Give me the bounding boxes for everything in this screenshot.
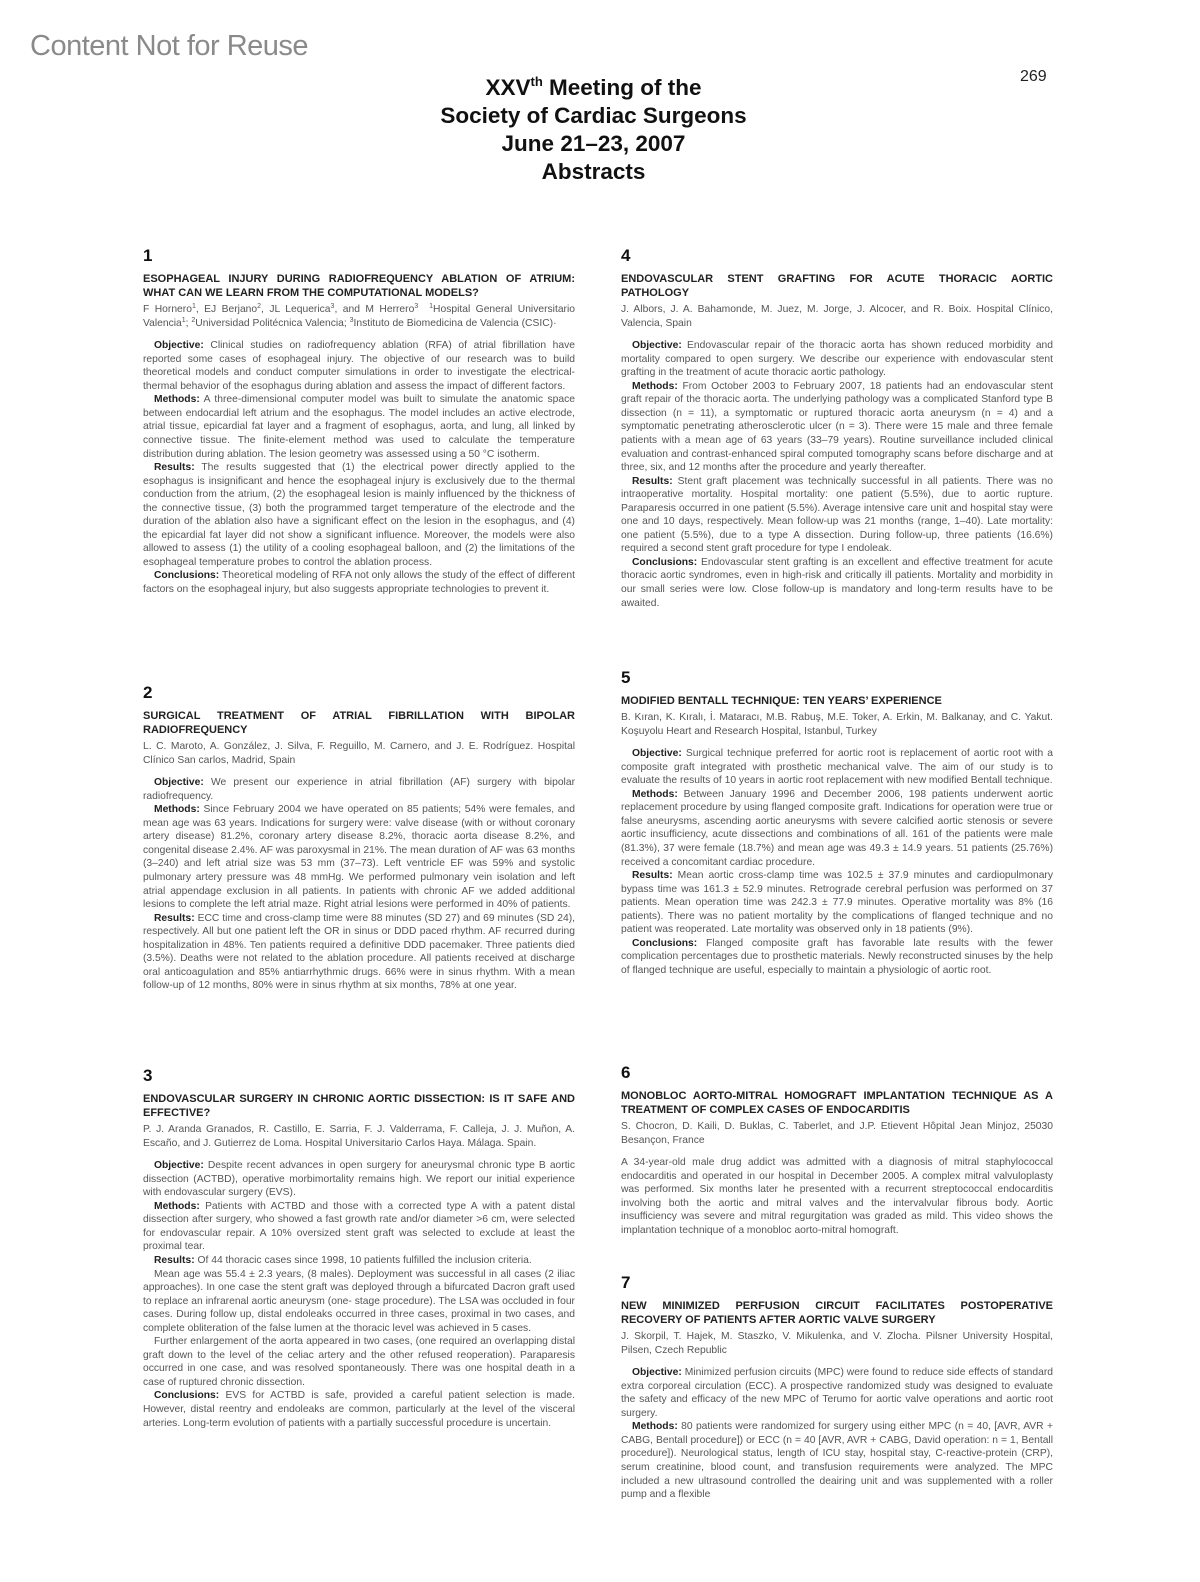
methods-paragraph: Methods: From October 2003 to February 2… — [621, 380, 1053, 475]
section-label: Methods: — [632, 381, 678, 392]
ordinal-suffix: th — [531, 74, 543, 89]
abstract-title: SURGICAL TREATMENT OF ATRIAL FIBRILLATIO… — [143, 709, 575, 737]
section-text: ECC time and cross-clamp time were 88 mi… — [143, 913, 575, 992]
abstract-number: 4 — [621, 246, 1053, 266]
meeting-dates: June 21–23, 2007 — [0, 130, 1187, 158]
section-label: Methods: — [154, 394, 200, 405]
methods-paragraph: Methods: Since February 2004 we have ope… — [143, 803, 575, 911]
section-text: Minimized perfusion circuits (MPC) were … — [621, 1367, 1053, 1419]
section-text: A 34-year-old male drug addict was admit… — [621, 1157, 1053, 1236]
abstract-6: 6 MONOBLOC AORTO-MITRAL HOMOGRAFT IMPLAN… — [621, 1063, 1053, 1237]
section-label: Objective: — [154, 777, 204, 788]
objective-paragraph: Objective: Surgical technique preferred … — [621, 747, 1053, 788]
abstract-title: ENDOVASCULAR SURGERY IN CHRONIC AORTIC D… — [143, 1092, 575, 1120]
section-label: Objective: — [632, 1367, 682, 1378]
objective-paragraph: Objective: We present our experience in … — [143, 776, 575, 803]
abstract-authors: J. Skorpil, T. Hajek, M. Staszko, V. Mik… — [621, 1330, 1053, 1357]
section-text: From October 2003 to February 2007, 18 p… — [621, 381, 1053, 473]
abstract-authors: J. Albors, J. A. Bahamonde, M. Juez, M. … — [621, 303, 1053, 330]
abstract-5: 5 MODIFIED BENTALL TECHNIQUE: TEN YEARS’… — [621, 668, 1053, 977]
section-text: Patients with ACTBD and those with a cor… — [143, 1201, 575, 1253]
abstract-number: 1 — [143, 246, 575, 266]
section-label: Objective: — [154, 340, 204, 351]
results-paragraph: Results: ECC time and cross-clamp time w… — [143, 912, 575, 993]
abstract-2: 2 SURGICAL TREATMENT OF ATRIAL FIBRILLAT… — [143, 683, 575, 993]
watermark: Content Not for Reuse — [30, 30, 308, 63]
section-text: Mean age was 55.4 ± 2.3 years, (8 males)… — [143, 1269, 575, 1334]
abstract-title: MONOBLOC AORTO-MITRAL HOMOGRAFT IMPLANTA… — [621, 1089, 1053, 1117]
masthead: XXVth Meeting of the Society of Cardiac … — [0, 74, 1187, 186]
section-text: Despite recent advances in open surgery … — [143, 1160, 575, 1198]
abstract-authors: P. J. Aranda Granados, R. Castillo, E. S… — [143, 1123, 575, 1150]
objective-paragraph: Objective: Endovascular repair of the th… — [621, 339, 1053, 380]
results-continued-paragraph: Further enlargement of the aorta appeare… — [143, 1335, 575, 1389]
results-paragraph: Results: The results suggested that (1) … — [143, 461, 575, 569]
section-label: Results: — [154, 1255, 195, 1266]
abstract-number: 5 — [621, 668, 1053, 688]
section-label: Methods: — [154, 804, 200, 815]
section-text: 80 patients were randomized for surgery … — [621, 1421, 1053, 1500]
meeting-title: XXVth Meeting of the — [0, 74, 1187, 102]
abstract-authors: S. Chocron, D. Kaili, D. Buklas, C. Tabe… — [621, 1120, 1053, 1147]
abstract-number: 7 — [621, 1273, 1053, 1293]
conclusions-paragraph: Conclusions: EVS for ACTBD is safe, prov… — [143, 1389, 575, 1430]
section-label: Objective: — [632, 340, 682, 351]
abstract-title: ESOPHAGEAL INJURY DURING RADIOFREQUENCY … — [143, 272, 575, 300]
section-label: Methods: — [632, 789, 678, 800]
section-text: Since February 2004 we have operated on … — [143, 804, 575, 910]
section-text: Mean aortic cross-clamp time was 102.5 ±… — [621, 870, 1053, 935]
methods-paragraph: Methods: 80 patients were randomized for… — [621, 1420, 1053, 1501]
results-paragraph: Results: Mean aortic cross-clamp time wa… — [621, 869, 1053, 937]
methods-paragraph: Methods: A three-dimensional computer mo… — [143, 393, 575, 461]
abstract-number: 6 — [621, 1063, 1053, 1083]
case-paragraph: A 34-year-old male drug addict was admit… — [621, 1156, 1053, 1237]
abstract-title: MODIFIED BENTALL TECHNIQUE: TEN YEARS’ E… — [621, 694, 1053, 708]
meeting-title-rest: Meeting of the — [543, 75, 702, 100]
section-label: Objective: — [632, 748, 682, 759]
section-text: Clinical studies on radiofrequency ablat… — [143, 340, 575, 392]
section-text: Of 44 thoracic cases since 1998, 10 pati… — [195, 1255, 532, 1266]
section-label: Conclusions: — [154, 570, 219, 581]
methods-paragraph: Methods: Patients with ACTBD and those w… — [143, 1200, 575, 1254]
abstract-3: 3 ENDOVASCULAR SURGERY IN CHRONIC AORTIC… — [143, 1066, 575, 1430]
abstract-number: 2 — [143, 683, 575, 703]
section-text: Stent graft placement was technically su… — [621, 476, 1053, 555]
section-text: We present our experience in atrial fibr… — [143, 777, 575, 802]
abstract-title: NEW MINIMIZED PERFUSION CIRCUIT FACILITA… — [621, 1299, 1053, 1327]
section-text: Surgical technique preferred for aortic … — [621, 748, 1053, 786]
section-label: Results: — [154, 913, 195, 924]
section-label: Conclusions: — [632, 938, 697, 949]
abstract-authors: B. Kıran, K. Kıralı, İ. Mataracı, M.B. R… — [621, 711, 1053, 738]
abstract-7: 7 NEW MINIMIZED PERFUSION CIRCUIT FACILI… — [621, 1273, 1053, 1502]
objective-paragraph: Objective: Clinical studies on radiofreq… — [143, 339, 575, 393]
results-continued-paragraph: Mean age was 55.4 ± 2.3 years, (8 males)… — [143, 1268, 575, 1336]
section-label: Methods: — [632, 1421, 678, 1432]
abstract-number: 3 — [143, 1066, 575, 1086]
section-label: Results: — [632, 476, 673, 487]
section-text: Further enlargement of the aorta appeare… — [143, 1336, 575, 1388]
conclusions-paragraph: Conclusions: Endovascular stent grafting… — [621, 556, 1053, 610]
section-label: Results: — [632, 870, 673, 881]
society-name: Society of Cardiac Surgeons — [0, 102, 1187, 130]
section-label: Methods: — [154, 1201, 200, 1212]
objective-paragraph: Objective: Despite recent advances in op… — [143, 1159, 575, 1200]
section-label: Conclusions: — [632, 557, 697, 568]
section-label: Conclusions: — [154, 1390, 219, 1401]
section-label: Objective: — [154, 1160, 204, 1171]
results-paragraph: Results: Of 44 thoracic cases since 1998… — [143, 1254, 575, 1268]
section-heading: Abstracts — [0, 158, 1187, 186]
meeting-ordinal: XXV — [485, 75, 530, 100]
abstract-4: 4 ENDOVASCULAR STENT GRAFTING FOR ACUTE … — [621, 246, 1053, 610]
conclusions-paragraph: Conclusions: Theoretical modeling of RFA… — [143, 569, 575, 596]
conclusions-paragraph: Conclusions: Flanged composite graft has… — [621, 937, 1053, 978]
abstract-authors: F Hornero1, EJ Berjano2, JL Lequerica3, … — [143, 303, 575, 330]
section-text: The results suggested that (1) the elect… — [143, 462, 575, 568]
results-paragraph: Results: Stent graft placement was techn… — [621, 475, 1053, 556]
section-text: A three-dimensional computer model was b… — [143, 394, 575, 459]
section-label: Results: — [154, 462, 195, 473]
abstract-1: 1 ESOPHAGEAL INJURY DURING RADIOFREQUENC… — [143, 246, 575, 597]
abstract-authors: L. C. Maroto, A. González, J. Silva, F. … — [143, 740, 575, 767]
abstract-title: ENDOVASCULAR STENT GRAFTING FOR ACUTE TH… — [621, 272, 1053, 300]
objective-paragraph: Objective: Minimized perfusion circuits … — [621, 1366, 1053, 1420]
methods-paragraph: Methods: Between January 1996 and Decemb… — [621, 788, 1053, 869]
section-text: Between January 1996 and December 2006, … — [621, 789, 1053, 868]
section-text: Endovascular repair of the thoracic aort… — [621, 340, 1053, 378]
